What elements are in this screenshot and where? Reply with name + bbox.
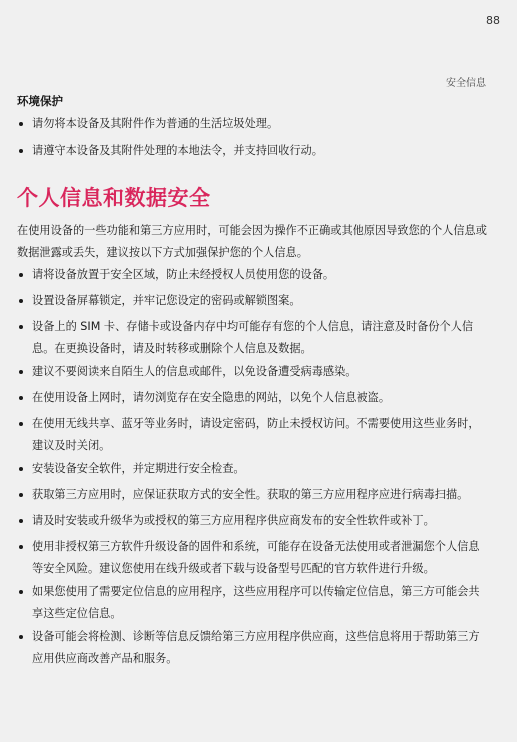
bullet-icon [19, 299, 23, 303]
bullet-icon [19, 493, 23, 497]
page-number: 88 [486, 14, 500, 27]
environment-list: 请勿将本设备及其附件作为普通的生活垃圾处理。 请遵守本设备及其附件处理的本地法令… [17, 113, 483, 167]
list-item: 请将设备放置于安全区域，防止未经授权人员使用您的设备。 [17, 264, 483, 286]
list-item-text: 设备可能会将检测、诊断等信息反馈给第三方应用程序供应商，这些信息将用于帮助第三方… [32, 630, 480, 665]
list-item-text: 请遵守本设备及其附件处理的本地法令，并支持回收行动。 [32, 144, 323, 157]
bullet-icon [19, 149, 23, 153]
list-item-text: 如果您使用了需要定位信息的应用程序，这些应用程序可以传输定位信息，第三方可能会共… [32, 585, 480, 620]
bullet-icon [19, 422, 23, 426]
list-item-text: 设置设备屏幕锁定，并牢记您设定的密码或解锁图案。 [32, 294, 301, 307]
bullet-icon [19, 545, 23, 549]
list-item: 请及时安装或升级华为或授权的第三方应用程序供应商发布的安全性软件或补丁。 [17, 510, 483, 532]
list-item: 使用非授权第三方软件升级设备的固件和系统，可能存在设备无法使用或者泄漏您个人信息… [17, 536, 483, 580]
bullet-icon [19, 122, 23, 126]
list-item: 在使用无线共享、蓝牙等业务时，请设定密码，防止未授权访问。不需要使用这些业务时，… [17, 413, 483, 457]
list-item-text: 在使用设备上网时，请勿浏览存在安全隐患的网站，以免个人信息被盗。 [32, 391, 390, 404]
list-item: 设置设备屏幕锁定，并牢记您设定的密码或解锁图案。 [17, 290, 483, 312]
list-item-text: 请勿将本设备及其附件作为普通的生活垃圾处理。 [32, 117, 278, 130]
list-item-text: 请及时安装或升级华为或授权的第三方应用程序供应商发布的安全性软件或补丁。 [32, 514, 435, 527]
bullet-icon [19, 635, 23, 639]
list-item: 在使用设备上网时，请勿浏览存在安全隐患的网站，以免个人信息被盗。 [17, 387, 483, 409]
list-item-text: 获取第三方应用时，应保证获取方式的安全性。获取的第三方应用程序应进行病毒扫描。 [32, 488, 468, 501]
list-item: 设备可能会将检测、诊断等信息反馈给第三方应用程序供应商，这些信息将用于帮助第三方… [17, 626, 483, 670]
bullet-icon [19, 370, 23, 374]
bullet-icon [19, 396, 23, 400]
bullet-icon [19, 590, 23, 594]
list-item: 获取第三方应用时，应保证获取方式的安全性。获取的第三方应用程序应进行病毒扫描。 [17, 484, 483, 506]
list-item: 请遵守本设备及其附件处理的本地法令，并支持回收行动。 [17, 140, 483, 162]
bullet-icon [19, 325, 23, 329]
list-item-text: 设备上的 SIM 卡、存储卡或设备内存中均可能存有您的个人信息，请注意及时备份个… [32, 320, 473, 355]
list-item-text: 建议不要阅读来自陌生人的信息或邮件，以免设备遭受病毒感染。 [32, 365, 356, 378]
bullet-icon [19, 467, 23, 471]
environment-heading: 环境保护 [17, 93, 63, 109]
list-item: 如果您使用了需要定位信息的应用程序，这些应用程序可以传输定位信息，第三方可能会共… [17, 581, 483, 625]
list-item: 请勿将本设备及其附件作为普通的生活垃圾处理。 [17, 113, 483, 135]
section-title: 个人信息和数据安全 [17, 182, 211, 212]
list-item-text: 请将设备放置于安全区域，防止未经授权人员使用您的设备。 [32, 268, 334, 281]
bullet-icon [19, 273, 23, 277]
intro-paragraph: 在使用设备的一些功能和第三方应用时，可能会因为操作不正确或其他原因导致您的个人信… [17, 220, 493, 264]
running-header: 安全信息 [446, 74, 486, 89]
bullet-icon [19, 519, 23, 523]
list-item: 安装设备安全软件，并定期进行安全检查。 [17, 458, 483, 480]
list-item: 设备上的 SIM 卡、存储卡或设备内存中均可能存有您的个人信息，请注意及时备份个… [17, 316, 483, 360]
list-item-text: 在使用无线共享、蓝牙等业务时，请设定密码，防止未授权访问。不需要使用这些业务时，… [32, 417, 480, 452]
list-item: 建议不要阅读来自陌生人的信息或邮件，以免设备遭受病毒感染。 [17, 361, 483, 383]
privacy-list: 请将设备放置于安全区域，防止未经授权人员使用您的设备。 设置设备屏幕锁定，并牢记… [17, 264, 483, 674]
list-item-text: 使用非授权第三方软件升级设备的固件和系统，可能存在设备无法使用或者泄漏您个人信息… [32, 540, 480, 575]
list-item-text: 安装设备安全软件，并定期进行安全检查。 [32, 462, 245, 475]
